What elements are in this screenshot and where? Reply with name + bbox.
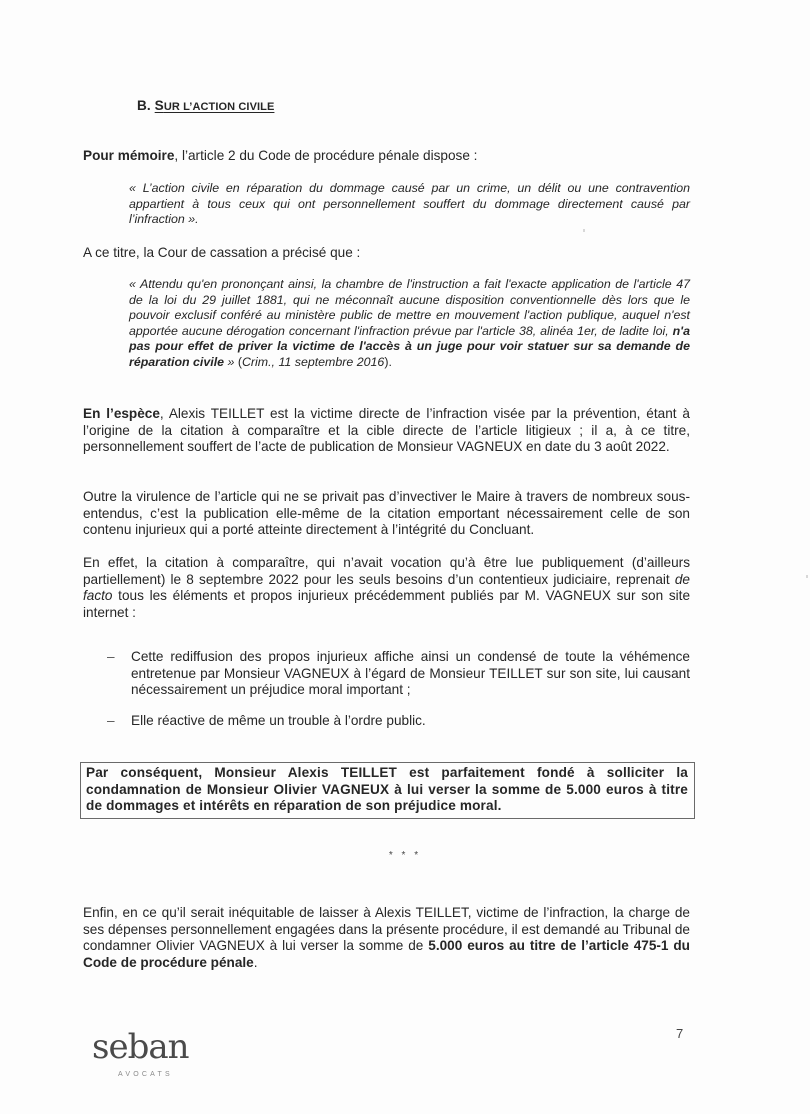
document-page: B. SUR L’ACTION CIVILE Pour mémoire, l’a…: [0, 0, 810, 1114]
section-separator: * * *: [0, 848, 810, 865]
paragraph-lead-bold: En l’espèce: [83, 406, 160, 421]
page-number: 7: [676, 1026, 683, 1043]
section-heading: B. SUR L’ACTION CIVILE: [137, 98, 274, 116]
paragraph-en-effet: En effet, la citation à comparaître, qui…: [83, 555, 690, 621]
section-prefix: B.: [137, 98, 155, 113]
boxed-conclusion: Par conséquent, Monsieur Alexis TEILLET …: [80, 762, 695, 819]
paragraph-enfin: Enfin, en ce qu’il serait inéquitable de…: [83, 905, 690, 971]
quote-cassation: « Attendu qu'en prononçant ainsi, la cha…: [129, 277, 690, 371]
bullet-item: – Elle réactive de même un trouble à l’o…: [107, 713, 690, 730]
scan-artifact: [806, 575, 808, 578]
section-title: SUR L’ACTION CIVILE: [155, 98, 275, 113]
logo-wordmark: seban: [92, 1030, 212, 1064]
bullet-item: – Cette rediffusion des propos injurieux…: [107, 649, 690, 699]
dash-bullet-icon: –: [107, 649, 115, 666]
paragraph-outre-la-virulence: Outre la virulence de l’article qui ne s…: [83, 489, 690, 539]
logo-subtitle: AVOCATS: [118, 1067, 212, 1084]
dash-bullet-icon: –: [107, 713, 115, 730]
paragraph-cour-de-cassation: A ce titre, la Cour de cassation a préci…: [83, 245, 690, 262]
case-reference: (Crim., 11 septembre 2016).: [238, 355, 392, 369]
paragraph-en-l-espece: En l’espèce, Alexis TEILLET est la victi…: [83, 406, 690, 456]
paragraph-lead-bold: Pour mémoire: [83, 148, 174, 163]
paragraph-pour-memoire: Pour mémoire, l’article 2 du Code de pro…: [83, 148, 690, 165]
firm-logo: seban AVOCATS: [92, 1030, 212, 1084]
quote-article-2: « L’action civile en réparation du domma…: [129, 181, 690, 228]
scan-artifact: [583, 229, 585, 232]
